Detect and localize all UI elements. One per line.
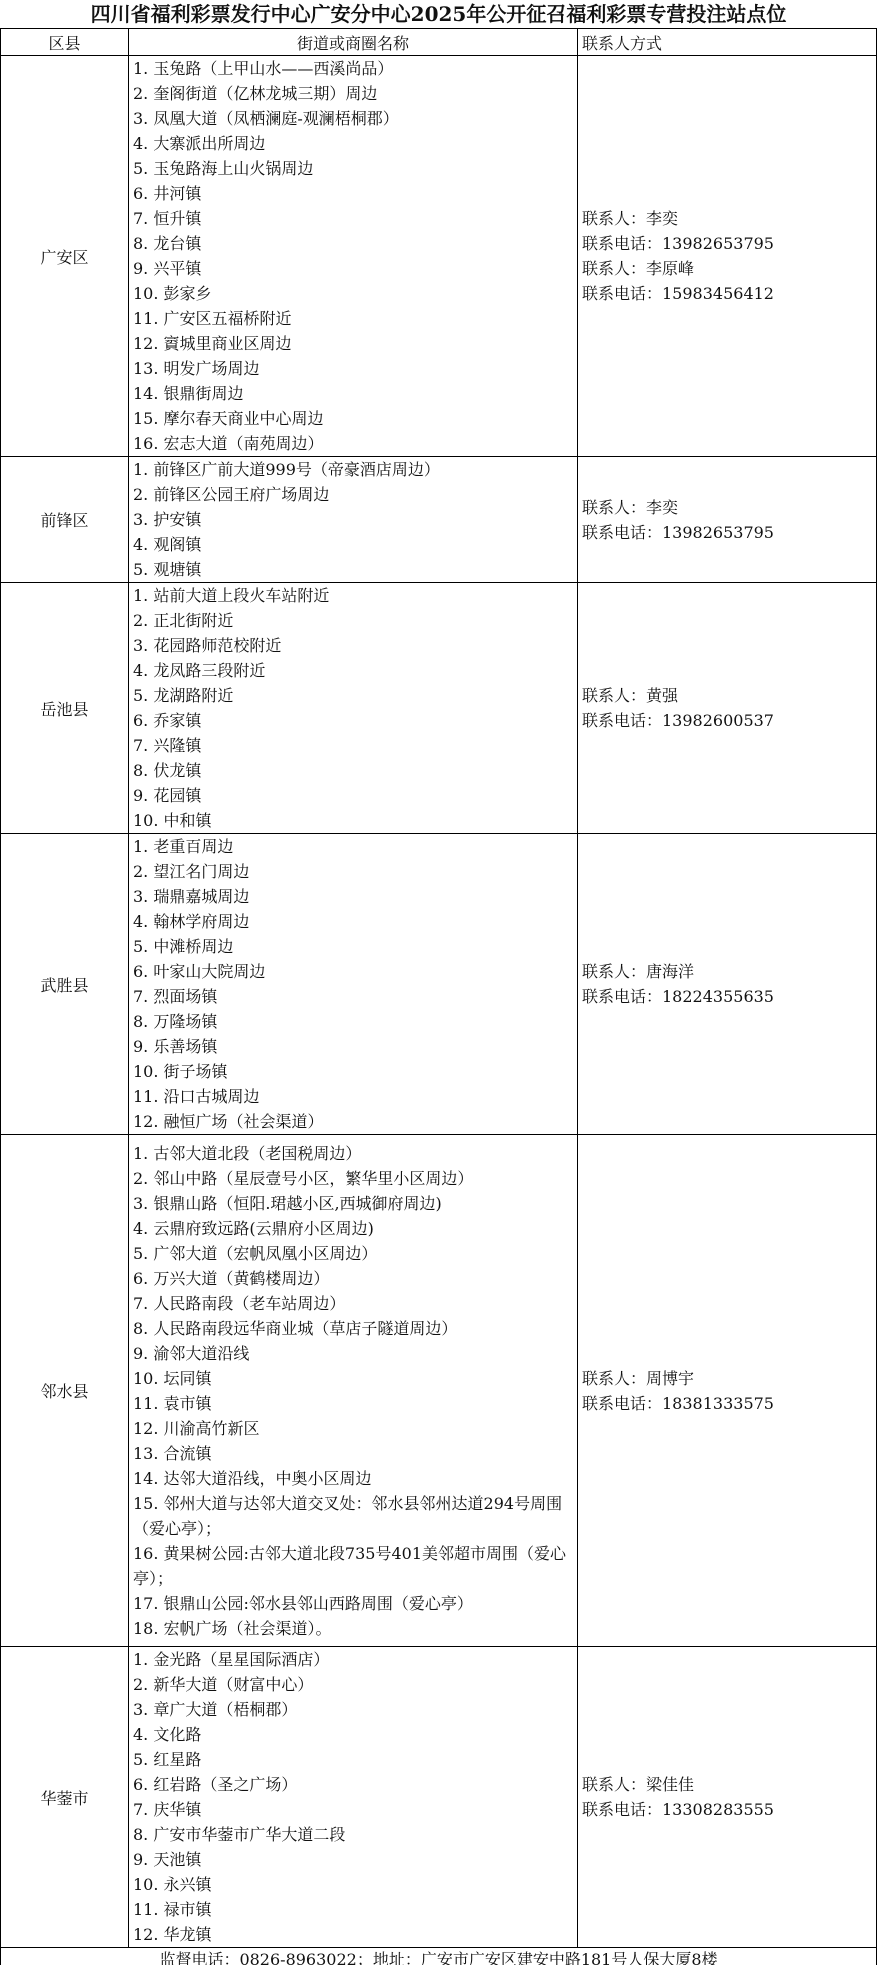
- location-item: 4. 观阁镇: [133, 532, 577, 557]
- location-item: 14. 达邻大道沿线，中奥小区周边: [133, 1466, 577, 1491]
- location-list: 1. 站前大道上段火车站附近2. 正北街附近3. 花园路师范校附近4. 龙凤路三…: [129, 583, 578, 834]
- location-item: 2. 正北街附近: [133, 608, 577, 633]
- contact-phone: 联系电话：13308283555: [582, 1797, 876, 1822]
- location-item: 3. 护安镇: [133, 507, 577, 532]
- location-item: 7. 恒升镇: [133, 206, 577, 231]
- contact-phone: 联系电话：13982653795: [582, 520, 876, 545]
- contact-person: 联系人：唐海洋: [582, 959, 876, 984]
- location-item: 16. 黄果树公园:古邻大道北段735号401美邻超市周围（爱心亭）；: [133, 1541, 577, 1591]
- location-item: 9. 渝邻大道沿线: [133, 1341, 577, 1366]
- location-item: 3. 瑞鼎嘉城周边: [133, 884, 577, 909]
- contact-person: 联系人：李奕: [582, 495, 876, 520]
- district-name: 华蓥市: [1, 1647, 129, 1948]
- location-item: 10. 街子场镇: [133, 1059, 577, 1084]
- location-item: 7. 人民路南段（老车站周边）: [133, 1291, 577, 1316]
- location-item: 13. 明发广场周边: [133, 356, 577, 381]
- contact-info: 联系人：唐海洋联系电话：18224355635: [578, 834, 877, 1135]
- location-item: 9. 乐善场镇: [133, 1034, 577, 1059]
- location-item: 11. 广安区五福桥附近: [133, 306, 577, 331]
- table-header-row: 区县 街道或商圈名称 联系人方式: [1, 29, 877, 56]
- location-item: 1. 金光路（星星国际酒店）: [133, 1647, 577, 1672]
- location-item: 13. 合流镇: [133, 1441, 577, 1466]
- location-item: 9. 兴平镇: [133, 256, 577, 281]
- header-contact: 联系人方式: [578, 29, 877, 56]
- contact-person: 联系人：周博宇: [582, 1366, 876, 1391]
- contact-person: 联系人：李奕: [582, 206, 876, 231]
- district-name: 岳池县: [1, 583, 129, 834]
- contact-info: 联系人：梁佳佳联系电话：13308283555: [578, 1647, 877, 1948]
- location-item: 1. 玉兔路（上甲山水——西溪尚品）: [133, 56, 577, 81]
- location-item: 1. 前锋区广前大道999号（帝豪酒店周边）: [133, 457, 577, 482]
- location-item: 3. 银鼎山路（恒阳.珺越小区,西城御府周边): [133, 1191, 577, 1216]
- location-item: 4. 龙凤路三段附近: [133, 658, 577, 683]
- contact-phone: 联系电话：15983456412: [582, 281, 876, 306]
- contact-person: 联系人：李原峰: [582, 256, 876, 281]
- location-item: 11. 禄市镇: [133, 1897, 577, 1922]
- location-item: 11. 袁市镇: [133, 1391, 577, 1416]
- location-list: 1. 金光路（星星国际酒店）2. 新华大道（财富中心）3. 章广大道（梧桐郡）4…: [129, 1647, 578, 1948]
- location-item: 5. 广邻大道（宏帆凤凰小区周边）: [133, 1241, 577, 1266]
- location-item: 9. 花园镇: [133, 783, 577, 808]
- location-item: 10. 彭家乡: [133, 281, 577, 306]
- location-item: 12. 华龙镇: [133, 1922, 577, 1947]
- district-name: 广安区: [1, 56, 129, 457]
- location-list: 1. 前锋区广前大道999号（帝豪酒店周边）2. 前锋区公园王府广场周边3. 护…: [129, 457, 578, 583]
- location-item: 7. 烈面场镇: [133, 984, 577, 1009]
- location-item: 4. 云鼎府致远路(云鼎府小区周边): [133, 1216, 577, 1241]
- table-row: 武胜县 1. 老重百周边2. 望江名门周边3. 瑞鼎嘉城周边4. 翰林学府周边5…: [1, 834, 877, 1135]
- location-item: 1. 古邻大道北段（老国税周边）: [133, 1141, 577, 1166]
- contact-info: 联系人：黄强联系电话：13982600537: [578, 583, 877, 834]
- table-row: 前锋区 1. 前锋区广前大道999号（帝豪酒店周边）2. 前锋区公园王府广场周边…: [1, 457, 877, 583]
- supervision-contact: 监督电话：0826-8963022；地址：广安市广安区建安中路181号人保大厦8…: [1, 1948, 877, 1965]
- lottery-sites-table: 区县 街道或商圈名称 联系人方式 广安区 1. 玉兔路（上甲山水——西溪尚品）2…: [0, 28, 877, 1965]
- location-item: 2. 邻山中路（星辰壹号小区，繁华里小区周边）: [133, 1166, 577, 1191]
- contact-person: 联系人：梁佳佳: [582, 1772, 876, 1797]
- contact-phone: 联系电话：18381333575: [582, 1391, 876, 1416]
- location-item: 15. 摩尔春天商业中心周边: [133, 406, 577, 431]
- location-item: 3. 花园路师范校附近: [133, 633, 577, 658]
- district-name: 邻水县: [1, 1135, 129, 1647]
- page-title: 四川省福利彩票发行中心广安分中心2025年公开征召福利彩票专营投注站点位: [0, 0, 877, 28]
- location-item: 10. 永兴镇: [133, 1872, 577, 1897]
- location-item: 12. 賨城里商业区周边: [133, 331, 577, 356]
- location-item: 4. 文化路: [133, 1722, 577, 1747]
- contact-info: 联系人：周博宇联系电话：18381333575: [578, 1135, 877, 1647]
- location-item: 8. 广安市华蓥市广华大道二段: [133, 1822, 577, 1847]
- location-item: 10. 坛同镇: [133, 1366, 577, 1391]
- location-item: 2. 新华大道（财富中心）: [133, 1672, 577, 1697]
- contact-phone: 联系电话：13982600537: [582, 708, 876, 733]
- location-item: 9. 天池镇: [133, 1847, 577, 1872]
- location-item: 4. 翰林学府周边: [133, 909, 577, 934]
- location-item: 2. 望江名门周边: [133, 859, 577, 884]
- table-row: 广安区 1. 玉兔路（上甲山水——西溪尚品）2. 奎阁街道（亿林龙城三期）周边3…: [1, 56, 877, 457]
- location-item: 16. 宏志大道（南苑周边）: [133, 431, 577, 456]
- location-list: 1. 玉兔路（上甲山水——西溪尚品）2. 奎阁街道（亿林龙城三期）周边3. 凤凰…: [129, 56, 578, 457]
- table-row: 华蓥市 1. 金光路（星星国际酒店）2. 新华大道（财富中心）3. 章广大道（梧…: [1, 1647, 877, 1948]
- header-district: 区县: [1, 29, 129, 56]
- location-item: 2. 奎阁街道（亿林龙城三期）周边: [133, 81, 577, 106]
- location-item: 5. 龙湖路附近: [133, 683, 577, 708]
- location-item: 5. 观塘镇: [133, 557, 577, 582]
- location-item: 10. 中和镇: [133, 808, 577, 833]
- location-item: 3. 凤凰大道（凤栖澜庭-观澜梧桐郡）: [133, 106, 577, 131]
- location-item: 14. 银鼎街周边: [133, 381, 577, 406]
- table-body: 广安区 1. 玉兔路（上甲山水——西溪尚品）2. 奎阁街道（亿林龙城三期）周边3…: [1, 56, 877, 1948]
- location-item: 6. 乔家镇: [133, 708, 577, 733]
- district-name: 武胜县: [1, 834, 129, 1135]
- location-item: 8. 龙台镇: [133, 231, 577, 256]
- location-item: 6. 万兴大道（黄鹤楼周边）: [133, 1266, 577, 1291]
- header-locations: 街道或商圈名称: [129, 29, 578, 56]
- footer-row: 监督电话：0826-8963022；地址：广安市广安区建安中路181号人保大厦8…: [1, 1948, 877, 1965]
- location-item: 3. 章广大道（梧桐郡）: [133, 1697, 577, 1722]
- contact-phone: 联系电话：13982653795: [582, 231, 876, 256]
- location-item: 6. 红岩路（圣之广场）: [133, 1772, 577, 1797]
- location-item: 2. 前锋区公园王府广场周边: [133, 482, 577, 507]
- location-item: 6. 叶家山大院周边: [133, 959, 577, 984]
- location-item: 1. 老重百周边: [133, 834, 577, 859]
- location-item: 8. 伏龙镇: [133, 758, 577, 783]
- contact-info: 联系人：李奕联系电话：13982653795联系人：李原峰联系电话：159834…: [578, 56, 877, 457]
- location-item: 17. 银鼎山公园:邻水县邻山西路周围（爱心亭）: [133, 1591, 577, 1616]
- location-list: 1. 老重百周边2. 望江名门周边3. 瑞鼎嘉城周边4. 翰林学府周边5. 中滩…: [129, 834, 578, 1135]
- table-row: 岳池县 1. 站前大道上段火车站附近2. 正北街附近3. 花园路师范校附近4. …: [1, 583, 877, 834]
- location-item: 6. 井河镇: [133, 181, 577, 206]
- location-item: 12. 融恒广场（社会渠道）: [133, 1109, 577, 1134]
- location-item: 11. 沿口古城周边: [133, 1084, 577, 1109]
- contact-phone: 联系电话：18224355635: [582, 984, 876, 1009]
- location-item: 8. 万隆场镇: [133, 1009, 577, 1034]
- contact-info: 联系人：李奕联系电话：13982653795: [578, 457, 877, 583]
- location-item: 4. 大寨派出所周边: [133, 131, 577, 156]
- location-item: 8. 人民路南段远华商业城（草店子隧道周边）: [133, 1316, 577, 1341]
- location-item: 18. 宏帆广场（社会渠道）。: [133, 1616, 577, 1641]
- location-item: 7. 兴隆镇: [133, 733, 577, 758]
- location-list: 1. 古邻大道北段（老国税周边）2. 邻山中路（星辰壹号小区，繁华里小区周边）3…: [129, 1135, 578, 1647]
- location-item: 5. 玉兔路海上山火锅周边: [133, 156, 577, 181]
- location-item: 5. 红星路: [133, 1747, 577, 1772]
- location-item: 15. 邻州大道与达邻大道交叉处：邻水县邻州达道294号周围（爱心亭）；: [133, 1491, 577, 1541]
- location-item: 5. 中滩桥周边: [133, 934, 577, 959]
- location-item: 7. 庆华镇: [133, 1797, 577, 1822]
- table-row: 邻水县 1. 古邻大道北段（老国税周边）2. 邻山中路（星辰壹号小区，繁华里小区…: [1, 1135, 877, 1647]
- location-item: 1. 站前大道上段火车站附近: [133, 583, 577, 608]
- location-item: 12. 川渝高竹新区: [133, 1416, 577, 1441]
- contact-person: 联系人：黄强: [582, 683, 876, 708]
- district-name: 前锋区: [1, 457, 129, 583]
